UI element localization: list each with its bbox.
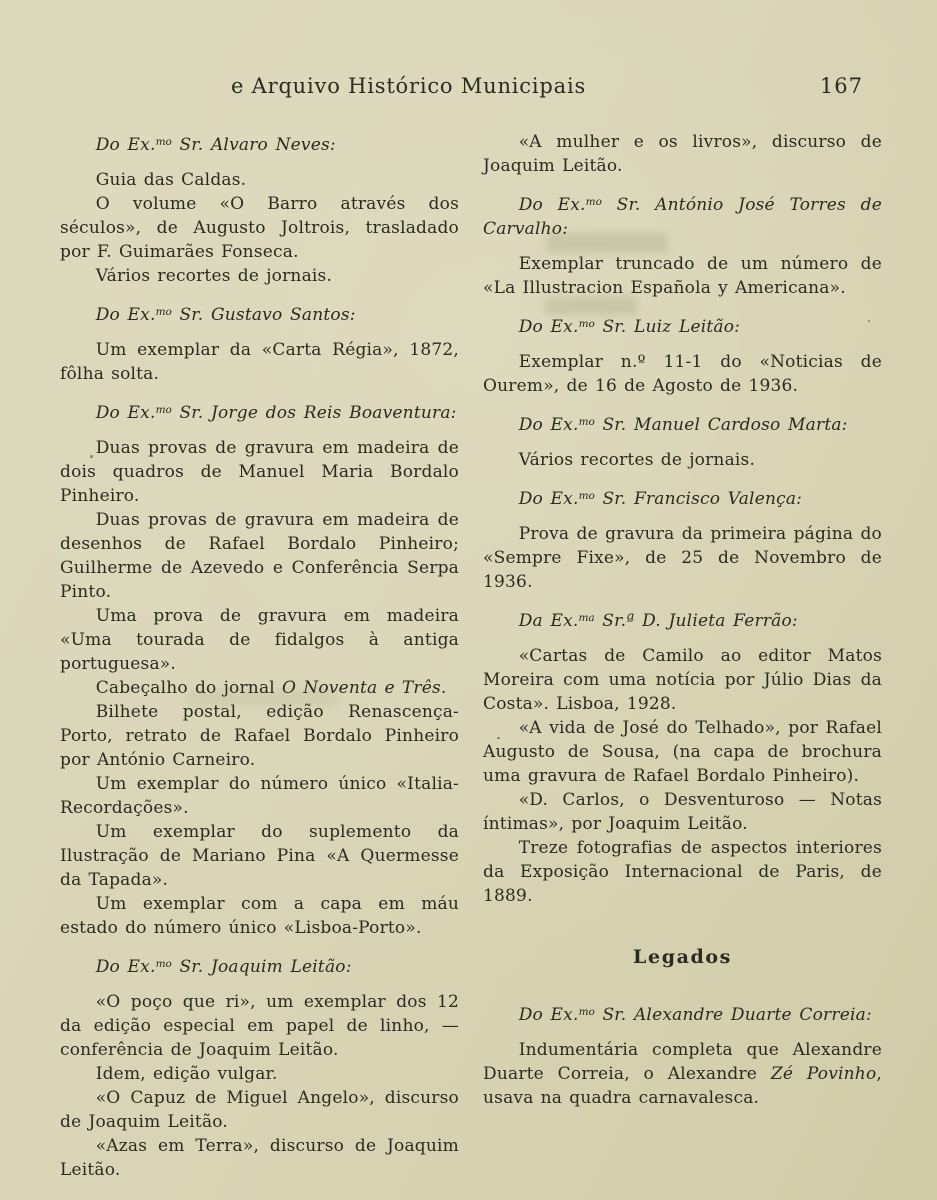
left-column: Do Ex.mo Sr. Alvaro Neves:Guia das Calda… — [60, 130, 459, 1182]
superscript: mo — [586, 196, 602, 208]
page-number: 167 — [820, 74, 863, 98]
superscript: mo — [579, 1006, 595, 1018]
paragraph: Exemplar n.º 11-1 do «Noticias de Ourem»… — [483, 350, 882, 398]
donor-heading: Do Ex.mo Sr. Alexandre Duarte Correia: — [483, 1000, 882, 1027]
paragraph: Duas provas de gravura em madeira de des… — [60, 508, 459, 604]
donor-heading: Do Ex.mo Sr. Alvaro Neves: — [60, 130, 459, 157]
donor-heading: Do Ex.mo Sr. António José Torres de Carv… — [483, 190, 882, 241]
paragraph: Cabeçalho do jornal O Noventa e Três. — [60, 676, 459, 700]
paragraph: Bilhete postal, edição Renascença-Porto,… — [60, 700, 459, 772]
donor-heading: Do Ex.mo Sr. Francisco Valença: — [483, 484, 882, 511]
text-columns: Do Ex.mo Sr. Alvaro Neves:Guia das Calda… — [60, 130, 882, 1182]
paragraph: «A vida de José do Telhado», por Rafael … — [483, 716, 882, 788]
page-header: e Arquivo Histórico Municipais 167 — [0, 74, 937, 104]
superscript: mo — [156, 958, 172, 970]
paragraph: Prova de gravura da primeira página do «… — [483, 522, 882, 594]
paragraph: Treze fotografias de aspectos interiores… — [483, 836, 882, 908]
superscript: mo — [156, 306, 172, 318]
superscript: mo — [579, 416, 595, 428]
paragraph: Um exemplar com a capa em máu estado do … — [60, 892, 459, 940]
superscript: mo — [579, 490, 595, 502]
paragraph: Vários recortes de jornais. — [60, 264, 459, 288]
paragraph: «Cartas de Camilo ao editor Matos Moreir… — [483, 644, 882, 716]
donor-heading: Do Ex.mo Sr. Joaquim Leitão: — [60, 952, 459, 979]
paragraph: «O Capuz de Miguel Angelo», discurso de … — [60, 1086, 459, 1134]
donor-heading: Do Ex.mo Sr. Manuel Cardoso Marta: — [483, 410, 882, 437]
paragraph: Vários recortes de jornais. — [483, 448, 882, 472]
paragraph: Um exemplar da «Carta Régia», 1872, fôlh… — [60, 338, 459, 386]
paragraph: Indumentária completa que Alexandre Duar… — [483, 1038, 882, 1110]
section-heading: Legados — [483, 946, 882, 968]
paragraph: Duas provas de gravura em madeira de doi… — [60, 436, 459, 508]
superscript: ma — [578, 612, 594, 624]
scanned-page: e Arquivo Histórico Municipais 167 Do Ex… — [0, 0, 937, 1200]
paragraph: Um exemplar do número único «Italia-Reco… — [60, 772, 459, 820]
paragraph: O volume «O Barro através dos séculos», … — [60, 192, 459, 264]
donor-heading: Do Ex.mo Sr. Jorge dos Reis Boaventura: — [60, 398, 459, 425]
page-title: e Arquivo Histórico Municipais — [0, 74, 817, 98]
right-column: «A mulher e os livros», discurso de Joaq… — [483, 130, 882, 1110]
superscript: mo — [156, 404, 172, 416]
donor-heading: Do Ex.mo Sr. Luiz Leitão: — [483, 312, 882, 339]
superscript: mo — [156, 136, 172, 148]
paragraph: Guia das Caldas. — [60, 168, 459, 192]
paragraph: Uma prova de gravura em madeira «Uma tou… — [60, 604, 459, 676]
paragraph: «O poço que ri», um exemplar dos 12 da e… — [60, 990, 459, 1062]
paragraph: Um exemplar do suplemento da Ilustração … — [60, 820, 459, 892]
paragraph: Exemplar truncado de um número de «La Il… — [483, 252, 882, 300]
paragraph: «Azas em Terra», discurso de Joaquim Lei… — [60, 1134, 459, 1182]
donor-heading: Do Ex.mo Sr. Gustavo Santos: — [60, 300, 459, 327]
paragraph: «A mulher e os livros», discurso de Joaq… — [483, 130, 882, 178]
donor-heading: Da Ex.ma Sr.ª D. Julieta Ferrão: — [483, 606, 882, 633]
superscript: mo — [579, 318, 595, 330]
paragraph: «D. Carlos, o Desventuroso — Notas íntim… — [483, 788, 882, 836]
paragraph: Idem, edição vulgar. — [60, 1062, 459, 1086]
